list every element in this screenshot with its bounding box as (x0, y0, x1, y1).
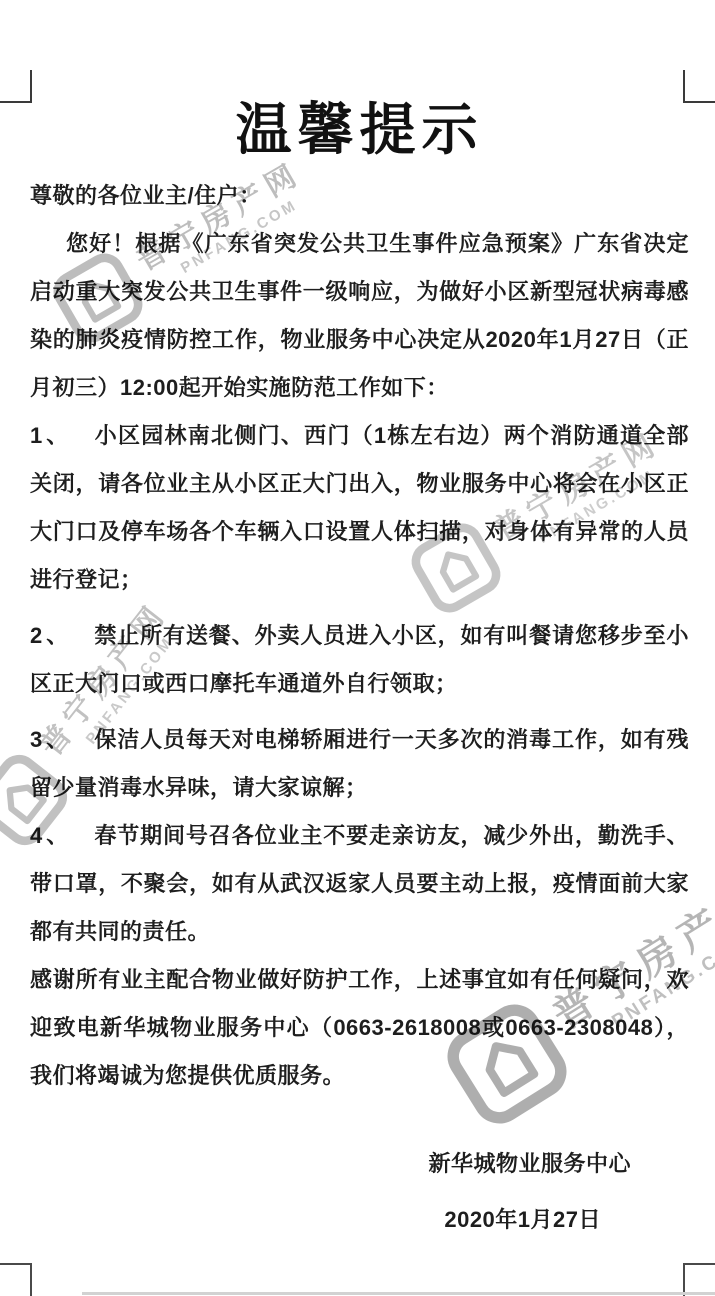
item-number: 1、 (30, 412, 94, 460)
document-body: 温馨提示 尊敬的各位业主/住户： 您好！根据《广东省突发公共卫生事件应急预案》广… (30, 0, 689, 1244)
closing-paragraph: 感谢所有业主配合物业做好防护工作，上述事宜如有任何疑问，欢迎致电新华城物业服务中… (30, 956, 689, 1100)
signature: 新华城物业服务中心 (30, 1140, 689, 1188)
scan-edge-shadow (82, 1292, 715, 1295)
item-number: 2、 (30, 612, 94, 660)
crop-mark-bottom-left (0, 1263, 32, 1296)
notice-item-1: 1、小区园林南北侧门、西门（1栋左右边）两个消防通道全部关闭，请各位业主从小区正… (30, 412, 689, 604)
date: 2020年1月27日 (30, 1196, 689, 1244)
notice-item-2: 2、禁止所有送餐、外卖人员进入小区，如有叫餐请您移步至小区正大门口或西口摩托车通… (30, 612, 689, 708)
item-text: 保洁人员每天对电梯轿厢进行一天多次的消毒工作，如有残留少量消毒水异味，请大家谅解… (30, 727, 689, 800)
salutation: 尊敬的各位业主/住户： (30, 172, 689, 220)
item-text: 禁止所有送餐、外卖人员进入小区，如有叫餐请您移步至小区正大门口或西口摩托车通道外… (30, 623, 689, 696)
item-number: 3、 (30, 716, 94, 764)
notice-item-4: 4、春节期间号召各位业主不要走亲访友，减少外出，勤洗手、带口罩，不聚会，如有从武… (30, 812, 689, 956)
crop-mark-top-left (0, 70, 32, 103)
notice-document: 温馨提示 尊敬的各位业主/住户： 您好！根据《广东省突发公共卫生事件应急预案》广… (0, 0, 715, 1296)
intro-paragraph: 您好！根据《广东省突发公共卫生事件应急预案》广东省决定启动重大突发公共卫生事件一… (30, 220, 689, 412)
page-title: 温馨提示 (30, 88, 689, 172)
notice-item-3: 3、保洁人员每天对电梯轿厢进行一天多次的消毒工作，如有残留少量消毒水异味，请大家… (30, 716, 689, 812)
item-number: 4、 (30, 812, 94, 860)
item-text: 春节期间号召各位业主不要走亲访友，减少外出，勤洗手、带口罩，不聚会，如有从武汉返… (30, 823, 689, 944)
item-text: 小区园林南北侧门、西门（1栋左右边）两个消防通道全部关闭，请各位业主从小区正大门… (30, 423, 689, 592)
